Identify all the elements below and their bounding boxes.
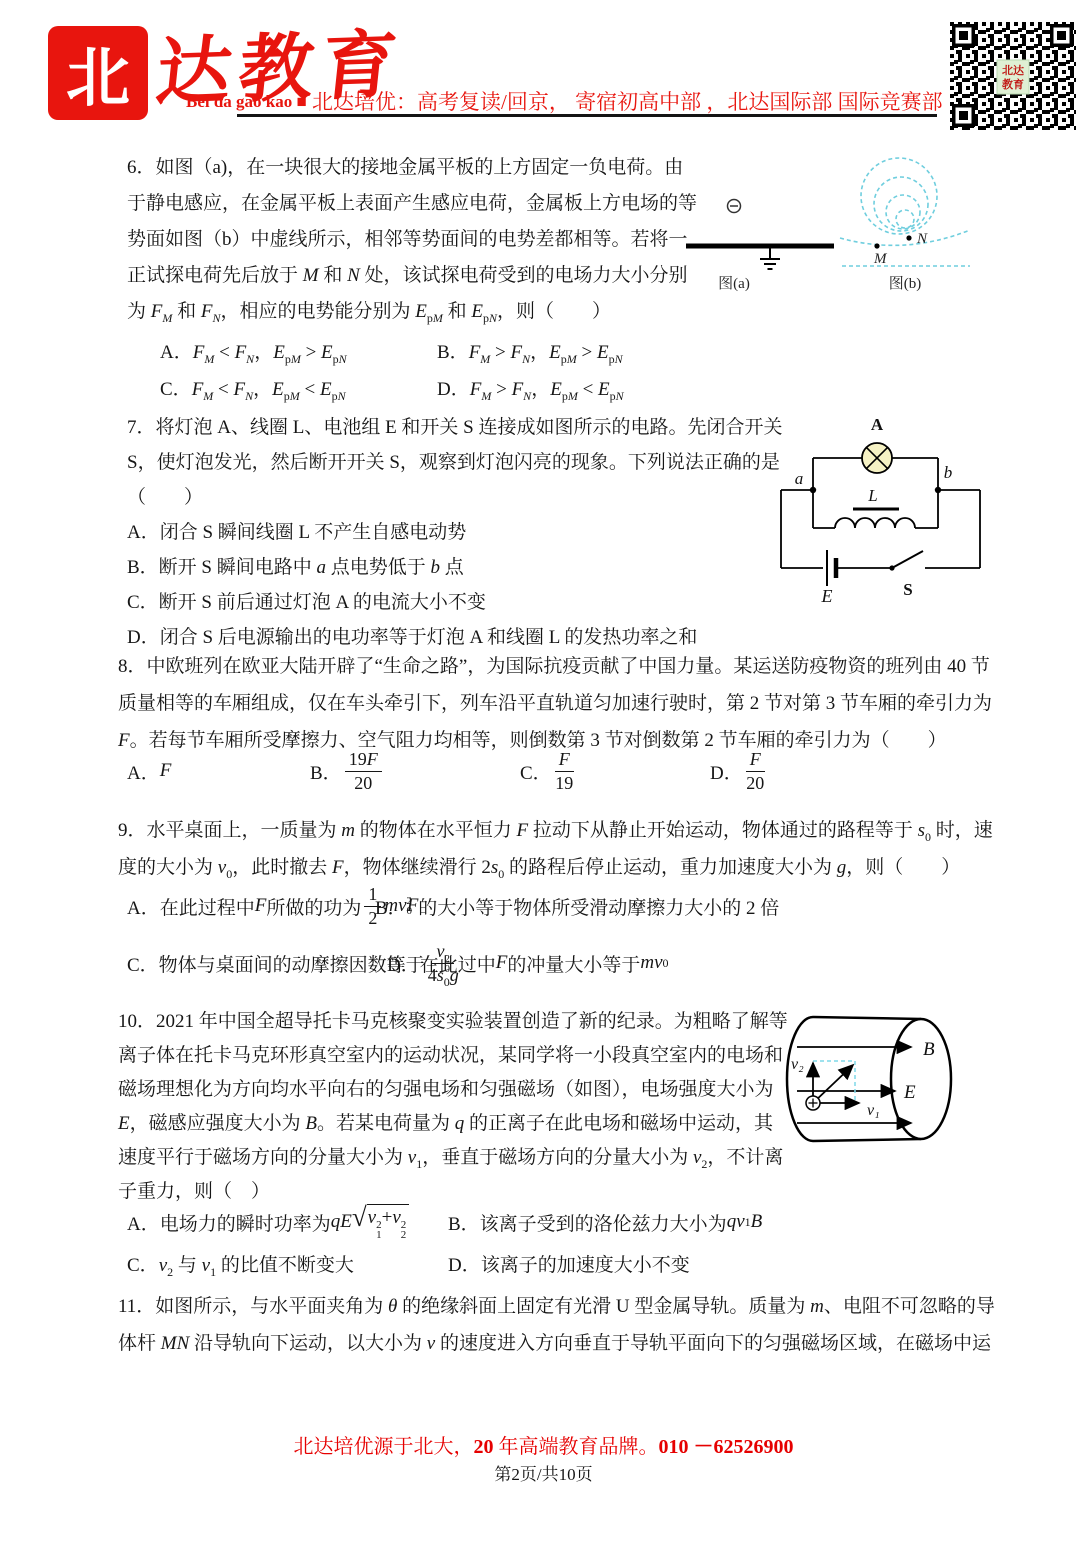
logo-subtitle: Bei da gao kao ■ [186, 92, 307, 112]
question-line: 7．将灯泡 A、线圈 L、电池组 E 和开关 S 连接成如图所示的电路。先闭合开… [127, 410, 783, 445]
question-11: 11．如图所示，与水平面夹角为 θ 的绝缘斜面上固定有光滑 U 型金属导轨。质量… [118, 1288, 995, 1362]
battery-icon [827, 550, 836, 586]
positive-ion-icon [806, 1096, 820, 1110]
node-a-dot [810, 487, 816, 493]
point-m-dot [874, 243, 879, 248]
question-line: 为 FM 和 FN，相应的电势能分别为 EpM 和 EpN，则（ ） [127, 294, 697, 330]
question-9: 9．水平桌面上，一质量为 m 的物体在水平恒力 F 拉动下从静止开始运动，物体通… [118, 812, 993, 886]
question-8: 8．中欧班列在欧亚大陆开辟了“生命之路”，为国际抗疫贡献了中国力量。某运送防疫物… [118, 648, 992, 759]
question-line: 11．如图所示，与水平面夹角为 θ 的绝缘斜面上固定有光滑 U 型金属导轨。质量… [118, 1288, 995, 1325]
figure-q10-fields: B E v₂ v₁ [771, 1003, 963, 1155]
qr-finder-top-right [1050, 24, 1073, 47]
option-10D: D．该离子的加速度大小不变 [448, 1250, 690, 1277]
question-line: 8．中欧班列在欧亚大陆开辟了“生命之路”，为国际抗疫贡献了中国力量。某运送防疫物… [118, 648, 992, 685]
figure-caption-b: 图(b) [889, 275, 922, 292]
node-b-label: b [944, 463, 953, 482]
switch-label: S [903, 580, 912, 599]
qr-finder-top-left [952, 24, 975, 47]
inductor-icon [835, 518, 915, 528]
option-8C: C．F19 [520, 745, 577, 797]
question-7: 7．将灯泡 A、线圈 L、电池组 E 和开关 S 连接成如图所示的电路。先闭合开… [127, 410, 783, 515]
option-6B: B．FM > FN，EpM > EpN [437, 337, 623, 364]
question-line: 离子体在托卡马克环形真空室内的运动状况，某同学将一小段真空室内的电场和 [118, 1039, 788, 1073]
point-m-label: M [873, 251, 888, 267]
question-line: 正试探电荷先后放于 M 和 N 处，该试探电荷受到的电场力大小分别 [127, 258, 697, 294]
v1-label: v₁ [867, 1102, 880, 1119]
question-line: 势面如图（b）中虚线所示，相邻等势面间的电势差都相等。若将一 [127, 222, 697, 258]
option-9B: B．F 的大小等于物体所受滑动摩擦力大小的 2 倍 [375, 880, 779, 932]
option-10C: C．v2 与 v1 的比值不断变大 [127, 1250, 354, 1277]
equipotential-lines [840, 158, 970, 266]
option-10B: B．该离子受到的洛伦兹力大小为 qv1B [448, 1200, 762, 1244]
option-7B: B．断开 S 瞬间电路中 a 点电势低于 b 点 [127, 552, 464, 579]
question-line: 速度平行于磁场方向的分量大小为 v1，垂直于磁场方向的分量大小为 v2，不计离 [118, 1141, 788, 1175]
question-line: 体杆 MN 沿导轨向下运动，以大小为 v 的速度进入方向垂直于导轨平面向下的匀强… [118, 1325, 995, 1362]
option-9D: D．在此过中 F 的冲量大小等于 mv0 [387, 932, 669, 994]
option-7D: D．闭合 S 后电源输出的电功率等于灯泡 A 和线圈 L 的发热功率之和 [127, 622, 697, 649]
option-8A: A．F [127, 745, 171, 797]
question-6: 6．如图（a)，在一块很大的接地金属平板的上方固定一负电荷。由 于静电感应，在金… [127, 150, 697, 330]
v2-label: v₂ [791, 1056, 804, 1073]
battery-label: E [821, 586, 833, 605]
footer-page-number: 第2页/共10页 [0, 1460, 1087, 1485]
switch-icon [889, 551, 923, 571]
exam-page: 北 达教育 Bei da gao kao ■ 北达培优：高考复读/回京， 寄宿初… [0, 0, 1087, 1559]
option-10A: A．电场力的瞬时功率为 qE√v21+v22 [127, 1200, 409, 1244]
header-slogan: 北达培优：高考复读/回京， 寄宿初高中部 ，北达国际部 国际竞赛部 [312, 86, 943, 116]
question-line: 磁场理想化为方向均水平向右的匀强电场和匀强磁场（如图），电场强度大小为 [118, 1073, 788, 1107]
question-line: 于静电感应，在金属平板上表面产生感应电荷，金属板上方电场的等 [127, 186, 697, 222]
question-10: 10．2021 年中国全超导托卡马克核聚变实验装置创造了新的纪录。为粗略了解等 … [118, 1005, 788, 1209]
question-line: E，磁感应强度大小为 B。若某电荷量为 q 的正离子在此电场和磁场中运动，其 [118, 1107, 788, 1141]
qr-center-label-1: 北达 [1002, 63, 1024, 77]
question-line: （ ） [127, 480, 783, 515]
logo-seal-icon: 北 [48, 26, 148, 120]
figure-q6-equipotential: 图(a) M N 图(b) [672, 146, 972, 296]
question-line: 9．水平桌面上，一质量为 m 的物体在水平恒力 F 拉动下从静止开始运动，物体通… [118, 812, 993, 849]
figure-caption-a: 图(a) [718, 275, 750, 292]
lamp-label: A [871, 415, 884, 434]
lamp-icon [862, 443, 892, 473]
e-field-label: E [903, 1082, 916, 1103]
option-6A: A．FM < FN，EpM > EpN [160, 337, 347, 364]
option-7A: A．闭合 S 瞬间线圈 L 不产生自感电动势 [127, 517, 466, 544]
option-6D: D．FM > FN，EpM < EpN [437, 374, 624, 401]
qr-code-icon: 北达 教育 [950, 22, 1076, 130]
question-line: S，使灯泡发光，然后断开开关 S，观察到灯泡闪亮的现象。下列说法正确的是 [127, 445, 783, 480]
option-9A: A．在此过程中 F 所做的功为12mv20 [127, 880, 412, 932]
velocity-arrows [813, 1063, 859, 1103]
option-6C: C．FM < FN，EpM < EpN [160, 374, 346, 401]
question-line: 质量相等的车厢组成，仅在车头牵引下，列车沿平直轨道匀加速行驶时，第 2 节对第 … [118, 685, 992, 722]
negative-charge-icon [728, 200, 741, 213]
question-line: 6．如图（a)，在一块很大的接地金属平板的上方固定一负电荷。由 [127, 150, 697, 186]
point-n-label: N [916, 231, 928, 247]
qr-finder-bottom-left [952, 104, 975, 127]
footer-brand-line: 北达培优源于北大，20 年高端教育品牌。010 －62526900 [0, 1430, 1087, 1459]
b-field-label: B [923, 1039, 935, 1060]
point-n-dot [906, 235, 911, 240]
figure-q7-circuit: A L E S a b [773, 410, 988, 605]
node-b-dot [935, 487, 941, 493]
header-rule [237, 114, 937, 117]
inductor-label: L [867, 486, 877, 505]
option-8D: D．F20 [710, 745, 768, 797]
qr-center-label-2: 教育 [1001, 77, 1024, 91]
option-8B: B．19F20 [310, 745, 385, 797]
question-line: 10．2021 年中国全超导托卡马克核聚变实验装置创造了新的纪录。为粗略了解等 [118, 1005, 788, 1039]
node-a-label: a [795, 469, 804, 488]
option-7C: C．断开 S 前后通过灯泡 A 的电流大小不变 [127, 587, 486, 614]
ground-icon [760, 248, 780, 269]
